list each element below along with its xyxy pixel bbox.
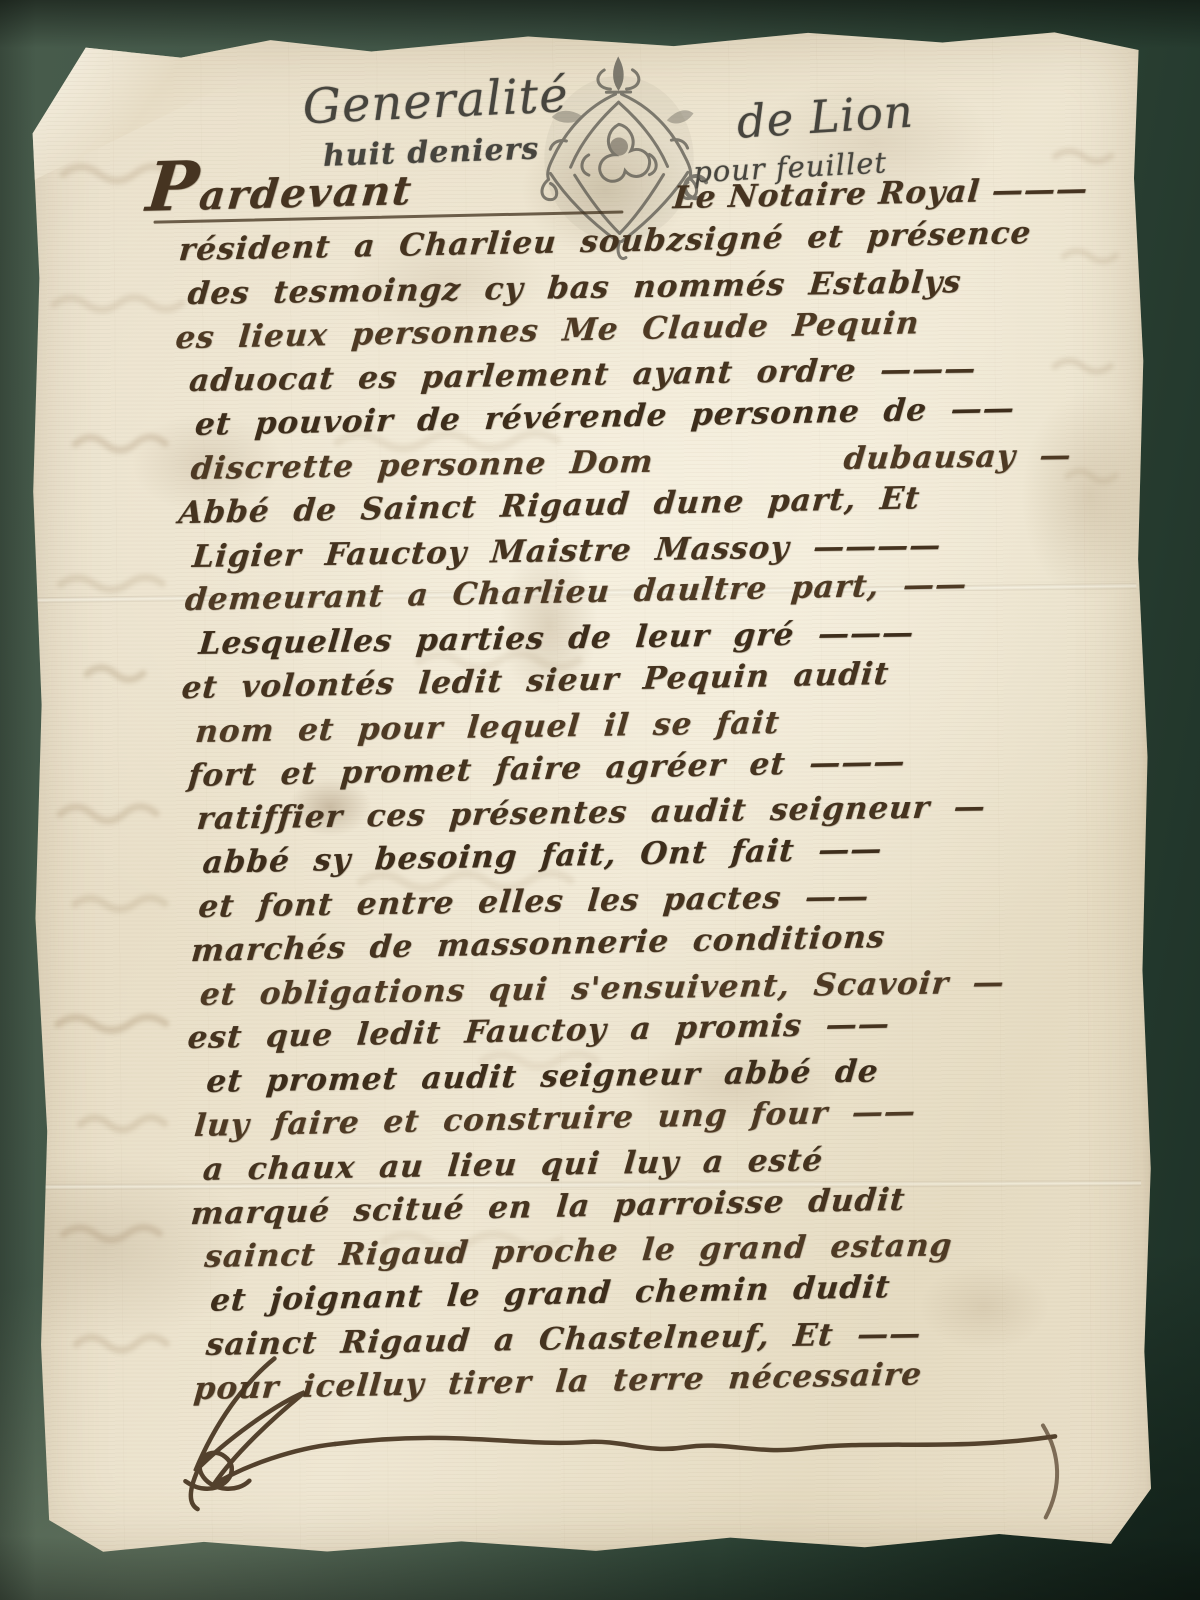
opening-right-phrase: Le Notaire Royal ——— [672,171,1090,216]
opening-word: Pardevant [143,141,418,228]
manuscript-body: résident a Charlieu soubzsigné et présen… [174,213,1134,1412]
stray-pen-mark [1035,1421,1068,1521]
region-printed-label: de Lion [735,85,915,149]
photo-background: Generalité de Lion huit deniers pour feu… [0,0,1200,1600]
signature-paraph-icon [152,1344,1113,1517]
manuscript-sheet: Generalité de Lion huit deniers pour feu… [24,26,1156,1559]
